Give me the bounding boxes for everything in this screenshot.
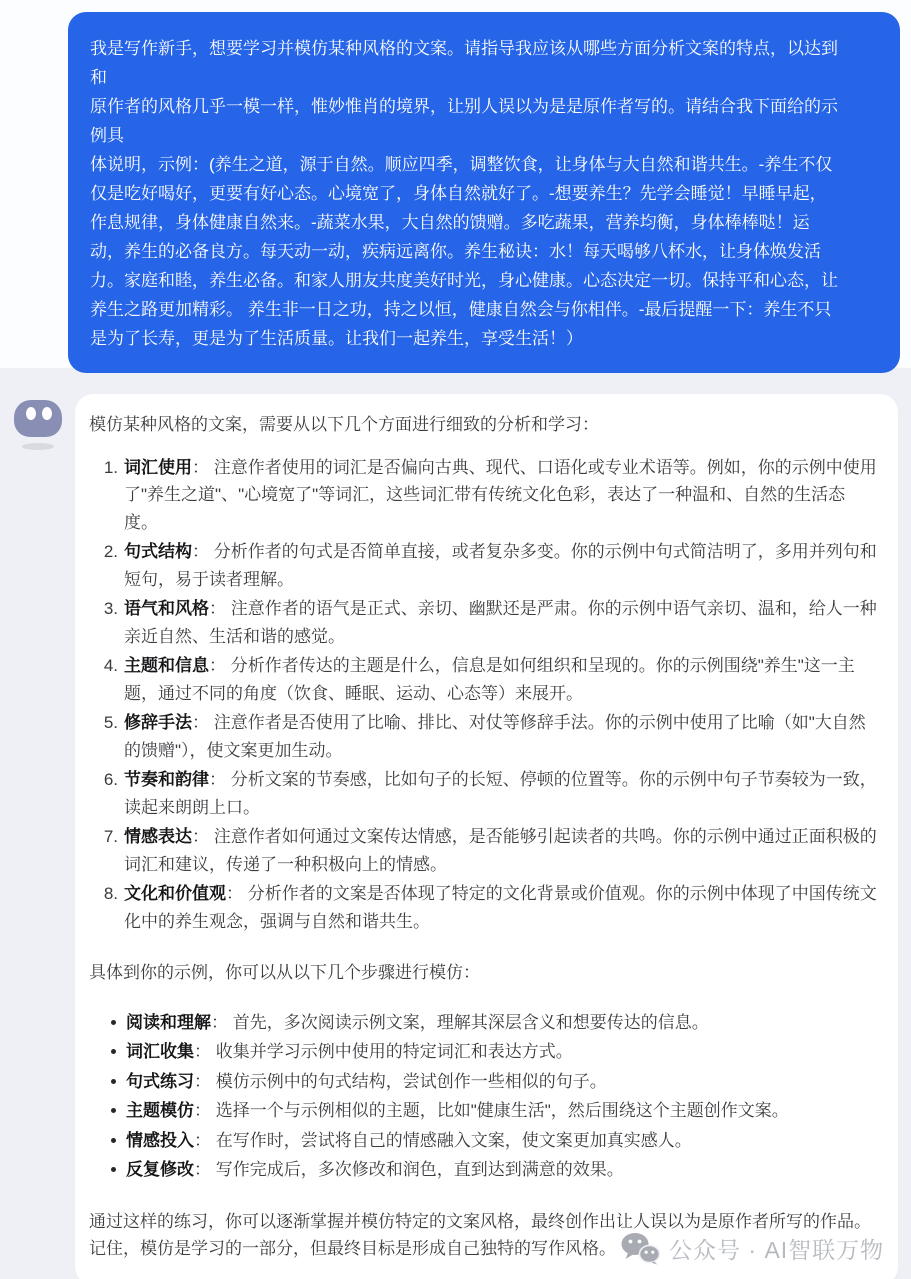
numbered-item: 7. 情感表达： 注意作者如何通过文案传达情感，是否能够引起读者的共鸣。你的示例… [89,823,878,878]
item-number: 3. [97,595,118,623]
item-text: 主题和信息： 分析作者传达的主题是什么，信息是如何组织和呈现的。你的示例围绕"养… [124,652,878,707]
item-label: 主题模仿 [126,1101,194,1120]
item-text: 主题模仿： 选择一个与示例相似的主题，比如"健康生活"，然后围绕这个主题创作文案… [126,1097,878,1125]
numbered-list: 1. 词汇使用： 注意作者使用的词汇是否偏向古典、现代、口语化或专业术语等。例如… [89,454,878,936]
item-label: 词汇收集 [126,1042,194,1061]
bullet-dot-icon [111,1079,116,1084]
user-message-line: 我是写作新手，想要学习并模仿某种风格的文案。请指导我应该从哪些方面分析文案的特点… [90,34,876,63]
assistant-avatar [12,400,64,450]
assistant-message-card: 模仿某种风格的文案，需要从以下几个方面进行细致的分析和学习： 1. 词汇使用： … [75,394,898,1279]
item-text: 修辞手法： 注意作者是否使用了比喻、排比、对仗等修辞手法。你的示例中使用了比喻（… [124,709,878,764]
item-label: 修辞手法 [124,713,192,732]
user-message-line: 例具 [90,121,876,150]
item-number: 7. [97,823,118,851]
robot-avatar-icon [14,400,62,437]
item-text: 情感表达： 注意作者如何通过文案传达情感，是否能够引起读者的共鸣。你的示例中通过… [124,823,878,878]
item-label: 反复修改 [126,1160,194,1179]
item-text: 阅读和理解： 首先，多次阅读示例文案，理解其深层含义和想要传达的信息。 [126,1009,878,1037]
item-text: 词汇收集： 收集并学习示例中使用的特定词汇和表达方式。 [126,1038,878,1066]
item-label: 句式练习 [126,1072,194,1091]
steps-intro: 具体到你的示例，你可以从以下几个步骤进行模仿： [89,959,878,987]
item-label: 语气和风格 [124,599,209,618]
user-message-line: 仅是吃好喝好，更要有好心态。心境宽了，身体自然就好了。-想要养生？先学会睡觉！早… [90,179,876,208]
item-number: 8. [97,880,118,908]
bullet-dot-icon [111,1020,116,1025]
wechat-icon [620,1232,660,1265]
bullet-dot-icon [111,1167,116,1172]
item-text: 句式结构： 分析作者的句式是否简单直接，或者复杂多变。你的示例中句式简洁明了，多… [124,538,878,593]
user-message-line: 力。家庭和睦，养生必备。和家人朋友共度美好时光，身心健康。心态决定一切。保持平和… [90,266,876,295]
user-message-line: 养生之路更加精彩。 养生非一日之功，持之以恒，健康自然会与你相伴。-最后提醒一下… [90,295,876,324]
assistant-intro: 模仿某种风格的文案，需要从以下几个方面进行细致的分析和学习： [89,411,878,439]
item-number: 4. [97,652,118,680]
bullet-dot-icon [111,1108,116,1113]
bullet-item: 句式练习： 模仿示例中的句式结构，尝试创作一些相似的句子。 [89,1068,878,1096]
robot-eye-icon [26,407,36,420]
item-text: 句式练习： 模仿示例中的句式结构，尝试创作一些相似的句子。 [126,1068,878,1096]
item-label: 节奏和韵律 [124,770,209,789]
numbered-item: 1. 词汇使用： 注意作者使用的词汇是否偏向古典、现代、口语化或专业术语等。例如… [89,454,878,537]
bullet-dot-icon [111,1138,116,1143]
item-label: 情感表达 [124,827,192,846]
robot-eye-icon [42,407,52,420]
user-message-line: 动，养生的必备良方。每天动一动，疾病远离你。养生秘诀：水！每天喝够八杯水，让身体… [90,237,876,266]
item-text: 文化和价值观： 分析作者的文案是否体现了特定的文化背景或价值观。你的示例中体现了… [124,880,878,935]
bullet-list: 阅读和理解： 首先，多次阅读示例文案，理解其深层含义和想要传达的信息。 词汇收集… [89,1009,878,1184]
item-label: 词汇使用 [124,458,192,477]
user-message-line: 是为了长寿，更是为了生活质量。让我们一起养生，享受生活！） [90,324,876,353]
user-message-bubble: 我是写作新手，想要学习并模仿某种风格的文案。请指导我应该从哪些方面分析文案的特点… [68,12,900,373]
numbered-item: 4. 主题和信息： 分析作者传达的主题是什么，信息是如何组织和呈现的。你的示例围… [89,652,878,707]
bullet-item: 主题模仿： 选择一个与示例相似的主题，比如"健康生活"，然后围绕这个主题创作文案… [89,1097,878,1125]
item-label: 句式结构 [124,542,192,561]
user-message-line: 原作者的风格几乎一模一样，惟妙惟肖的境界，让别人误以为是是原作者写的。请结合我下… [90,92,876,121]
item-number: 6. [97,766,118,794]
bullet-dot-icon [111,1049,116,1054]
item-number: 1. [97,454,118,482]
numbered-item: 6. 节奏和韵律： 分析文案的节奏感，比如句子的长短、停顿的位置等。你的示例中句… [89,766,878,821]
item-number: 5. [97,709,118,737]
item-label: 阅读和理解 [126,1013,211,1032]
bullet-item: 词汇收集： 收集并学习示例中使用的特定词汇和表达方式。 [89,1038,878,1066]
bullet-item: 阅读和理解： 首先，多次阅读示例文案，理解其深层含义和想要传达的信息。 [89,1009,878,1037]
item-text: 情感投入： 在写作时，尝试将自己的情感融入文案，使文案更加真实感人。 [126,1127,878,1155]
item-text: 语气和风格： 注意作者的语气是正式、亲切、幽默还是严肃。你的示例中语气亲切、温和… [124,595,878,650]
item-label: 文化和价值观 [124,884,226,903]
bullet-item: 情感投入： 在写作时，尝试将自己的情感融入文案，使文案更加真实感人。 [89,1127,878,1155]
item-text: 反复修改： 写作完成后，多次修改和润色，直到达到满意的效果。 [126,1156,878,1184]
item-text: 词汇使用： 注意作者使用的词汇是否偏向古典、现代、口语化或专业术语等。例如，你的… [124,454,878,537]
user-message-line: 体说明，示例：(养生之道，源于自然。顺应四季，调整饮食，让身体与大自然和谐共生。… [90,150,876,179]
item-label: 情感投入 [126,1131,194,1150]
item-label: 主题和信息 [124,656,209,675]
user-message-line: 作息规律，身体健康自然来。-蔬菜水果，大自然的馈赠。多吃蔬果，营养均衡，身体棒棒… [90,208,876,237]
numbered-item: 5. 修辞手法： 注意作者是否使用了比喻、排比、对仗等修辞手法。你的示例中使用了… [89,709,878,764]
bullet-item: 反复修改： 写作完成后，多次修改和润色，直到达到满意的效果。 [89,1156,878,1184]
watermark-text: 公众号 · AI智联万物 [669,1232,884,1265]
item-text: 节奏和韵律： 分析文案的节奏感，比如句子的长短、停顿的位置等。你的示例中句子节奏… [124,766,878,821]
user-message-line: 和 [90,63,876,92]
item-number: 2. [97,538,118,566]
watermark: 公众号 · AI智联万物 [620,1232,884,1265]
numbered-item: 8. 文化和价值观： 分析作者的文案是否体现了特定的文化背景或价值观。你的示例中… [89,880,878,935]
numbered-item: 3. 语气和风格： 注意作者的语气是正式、亲切、幽默还是严肃。你的示例中语气亲切… [89,595,878,650]
numbered-item: 2. 句式结构： 分析作者的句式是否简单直接，或者复杂多变。你的示例中句式简洁明… [89,538,878,593]
avatar-shadow [22,443,54,450]
